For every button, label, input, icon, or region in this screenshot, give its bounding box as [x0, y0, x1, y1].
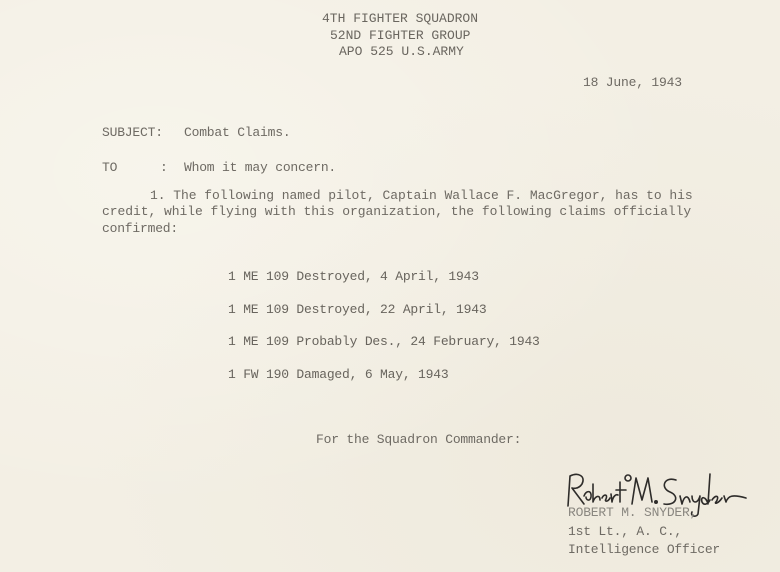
- letterhead-group: 52ND FIGHTER GROUP: [330, 28, 470, 44]
- letterhead-unit: 4TH FIGHTER SQUADRON: [322, 11, 478, 27]
- signer-name: ROBERT M. SNYDER,: [568, 505, 697, 521]
- claim-item: 1 FW 190 Damaged, 6 May, 1943: [228, 367, 448, 383]
- to-label: TO: [102, 160, 117, 176]
- closing-line: For the Squadron Commander:: [316, 432, 521, 448]
- claim-item: 1 ME 109 Probably Des., 24 February, 194…: [228, 334, 540, 350]
- subject-value: Combat Claims.: [184, 125, 290, 141]
- claim-item: 1 ME 109 Destroyed, 4 April, 1943: [228, 269, 479, 285]
- letterhead-address: APO 525 U.S.ARMY: [339, 44, 464, 60]
- claim-item: 1 ME 109 Destroyed, 22 April, 1943: [228, 302, 486, 318]
- body-line-3: confirmed:: [102, 221, 178, 237]
- signer-title: Intelligence Officer: [568, 542, 720, 558]
- letter-date: 18 June, 1943: [583, 75, 682, 91]
- subject-label: SUBJECT:: [102, 125, 163, 141]
- body-line-1: 1. The following named pilot, Captain Wa…: [150, 188, 693, 204]
- signer-rank: 1st Lt., A. C.,: [568, 524, 682, 540]
- body-line-2: credit, while flying with this organizat…: [102, 204, 691, 220]
- document-page: 4TH FIGHTER SQUADRON 52ND FIGHTER GROUP …: [0, 0, 780, 572]
- to-value: Whom it may concern.: [184, 160, 336, 176]
- to-colon: :: [160, 160, 168, 176]
